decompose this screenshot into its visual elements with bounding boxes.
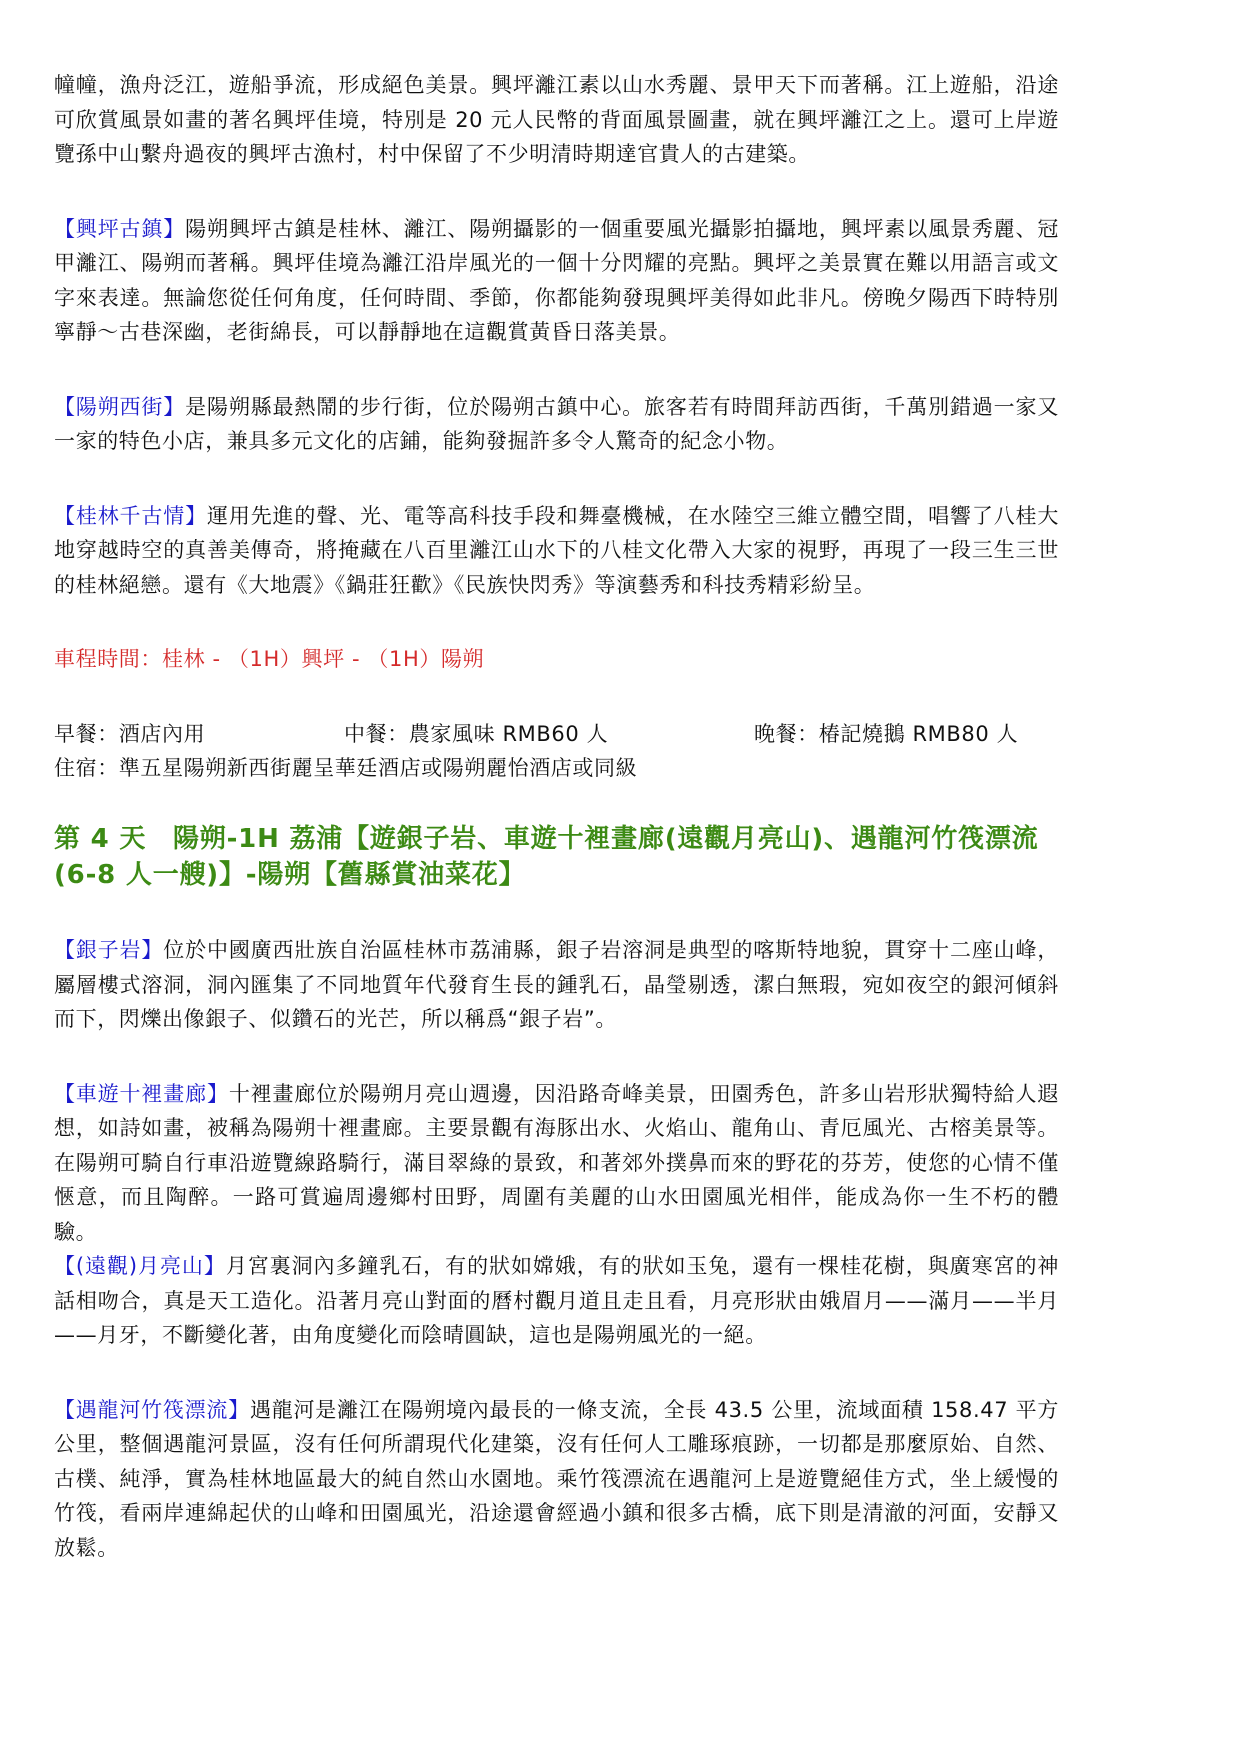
section-west-street: 【陽朔西街】是陽朔縣最熱鬧的步行街，位於陽朔古鎮中心。旅客若有時間拜訪西街，千萬… <box>54 390 1059 459</box>
section-tag: 【桂林千古情】 <box>54 504 207 528</box>
section-ten-mile-gallery: 【車遊十裡畫廊】十裡畫廊位於陽朔月亮山週邊，因沿路奇峰美景，田園秀色，許多山岩形… <box>54 1077 1059 1250</box>
section-tag: 【遇龍河竹筏漂流】 <box>54 1398 250 1422</box>
meal-lunch: 中餐：農家風味 RMB60 人 <box>344 717 608 751</box>
section-silver-cave: 【銀子岩】位於中國廣西壯族自治區桂林市荔浦縣，銀子岩溶洞是典型的喀斯特地貌，貫穿… <box>54 933 1059 1037</box>
section-text: 是陽朔縣最熱鬧的步行街，位於陽朔古鎮中心。旅客若有時間拜訪西街，千萬別錯過一家又… <box>54 395 1059 454</box>
section-moon-hill: 【(遠觀)月亮山】月宮裏洞內多鐘乳石，有的狀如嫦娥，有的狀如玉兔，還有一棵桂花樹… <box>54 1249 1059 1353</box>
section-tag: 【陽朔西街】 <box>54 395 185 419</box>
meal-dinner: 晚餐：椿記燒鵝 RMB80 人 <box>754 717 1018 751</box>
section-xingping-old-town: 【興坪古鎮】陽朔興坪古鎮是桂林、灕江、陽朔攝影的一個重要風光攝影拍攝地，興坪素以… <box>54 212 1059 350</box>
section-text: 位於中國廣西壯族自治區桂林市荔浦縣，銀子岩溶洞是典型的喀斯特地貌，貫穿十二座山峰… <box>54 938 1059 1031</box>
day3-intro-paragraph: 幢幢，漁舟泛江，遊船爭流，形成絕色美景。興坪灕江素以山水秀麗、景甲天下而著稱。江… <box>54 68 1059 172</box>
itinerary-page: 幢幢，漁舟泛江，遊船爭流，形成絕色美景。興坪灕江素以山水秀麗、景甲天下而著稱。江… <box>54 68 1059 1565</box>
meal-breakfast: 早餐：酒店內用 <box>54 717 205 751</box>
section-tag: 【興坪古鎮】 <box>54 217 185 241</box>
section-guilin-show: 【桂林千古情】運用先進的聲、光、電等高科技手段和舞臺機械，在水陸空三維立體空間，… <box>54 499 1059 603</box>
section-tag: 【(遠觀)月亮山】 <box>54 1254 226 1278</box>
accommodation: 住宿：準五星陽朔新西街麗呈華廷酒店或陽朔麗怡酒店或同級 <box>54 751 1059 786</box>
section-tag: 【銀子岩】 <box>54 938 163 962</box>
section-tag: 【車遊十裡畫廊】 <box>54 1082 229 1106</box>
day4-heading: 第 4 天 陽朔-1H 荔浦【遊銀子岩、車遊十裡畫廊(遠觀月亮山)、遇龍河竹筏漂… <box>54 821 1059 893</box>
meals-row: 早餐：酒店內用 中餐：農家風味 RMB60 人 晚餐：椿記燒鵝 RMB80 人 <box>54 717 1059 751</box>
travel-time: 車程時間：桂林 - （1H）興坪 - （1H）陽朔 <box>54 642 1059 677</box>
section-yulong-rafting: 【遇龍河竹筏漂流】遇龍河是灕江在陽朔境內最長的一條支流，全長 43.5 公里，流… <box>54 1393 1059 1566</box>
section-text: 陽朔興坪古鎮是桂林、灕江、陽朔攝影的一個重要風光攝影拍攝地，興坪素以風景秀麗、冠… <box>54 217 1059 345</box>
